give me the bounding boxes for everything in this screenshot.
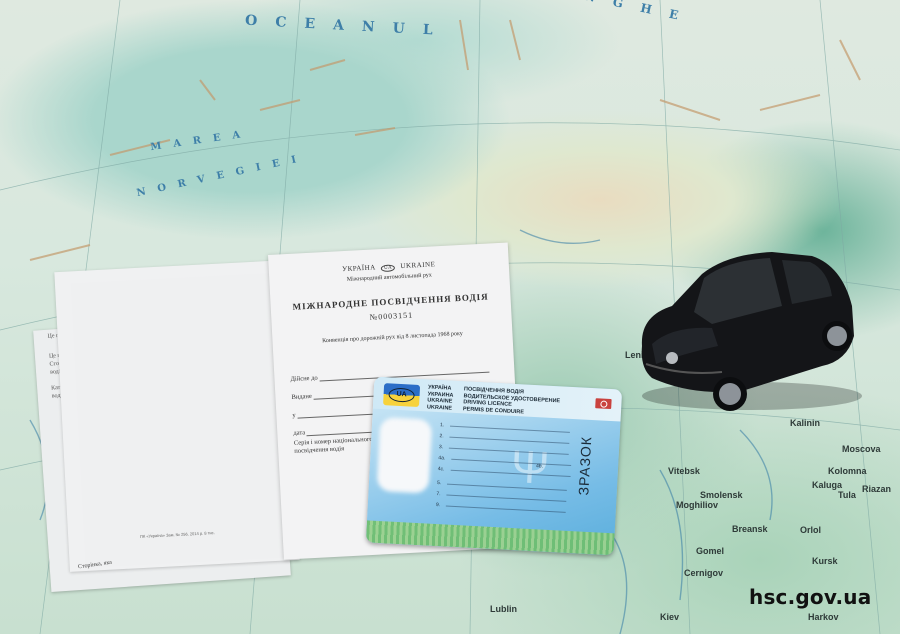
field-label: у [292, 412, 296, 419]
driving-licence-card: UA УКРАЇНА УКРАИНА UKRAINE UKRAINE ПОСВІ… [366, 377, 622, 556]
ua-oval-emblem: UA [388, 387, 415, 402]
map-city: Smolensk [700, 490, 743, 500]
photo-scene: OCEANUL INGHE MAREA NORVEGIEI Leningrad … [0, 0, 900, 634]
map-city: Gomel [696, 546, 724, 556]
map-city: Moscova [842, 444, 881, 454]
field-label: Видане [291, 393, 312, 401]
map-city: Orlol [800, 525, 821, 535]
map-city: Cernigov [684, 568, 723, 578]
row-number: 4a. [438, 455, 445, 461]
map-city: Kalinin [790, 418, 820, 428]
map-city: Kiev [660, 612, 679, 622]
map-city: Lublin [490, 604, 517, 614]
map-city: Kolomna [828, 466, 867, 476]
card-row: 4a. [438, 455, 571, 468]
row-number: 9. [436, 502, 440, 508]
row-number: 5. [437, 480, 441, 486]
card-row-4b: 4b. [536, 463, 543, 469]
row-number: 7. [436, 491, 440, 497]
card-country-line: UKRAINE [427, 404, 453, 412]
card-row: 2. [439, 433, 569, 446]
photo-placeholder [377, 417, 433, 494]
card-row: 1. [440, 422, 570, 435]
map-city: Riazan [862, 484, 891, 494]
card-title-block: ПОСВІДЧЕННЯ ВОДІЯ ВОДИТЕЛЬСКОЕ УДОСТОВЕР… [463, 386, 561, 417]
sample-watermark: ЗРАЗОК [575, 436, 594, 496]
row-number: 2. [439, 433, 443, 439]
map-city: Vitebsk [668, 466, 700, 476]
map-city: Harkov [808, 612, 839, 622]
card-row: 9. [436, 502, 566, 515]
map-city: Breansk [732, 524, 768, 534]
ua-emblem-icon: UA [381, 264, 396, 272]
field-label: дата [293, 429, 305, 437]
field-label: Дійсне до [290, 375, 317, 383]
permit-left-page [71, 273, 286, 568]
card-row: 4c. [438, 466, 571, 479]
map-city: Tula [838, 490, 856, 500]
permit-convention: Конвенція про дорожній рух від 8 листопа… [273, 328, 513, 347]
site-watermark: hsc.gov.ua [749, 585, 871, 609]
country-ua: УКРАЇНА [342, 263, 376, 273]
card-country-block: УКРАЇНА УКРАИНА UKRAINE UKRAINE [427, 384, 454, 411]
ua-flag-icon: UA [383, 383, 420, 407]
map-city: Kaluga [812, 480, 842, 490]
map-city: Moghiliov [676, 500, 718, 510]
row-number: 3. [439, 444, 443, 450]
map-city: Kursk [812, 556, 838, 566]
toy-car-icon [632, 246, 862, 416]
country-en: UKRAINE [400, 260, 435, 270]
hologram-mark-icon [595, 398, 612, 409]
row-number: 4c. [438, 466, 445, 472]
row-number: 1. [440, 422, 444, 428]
